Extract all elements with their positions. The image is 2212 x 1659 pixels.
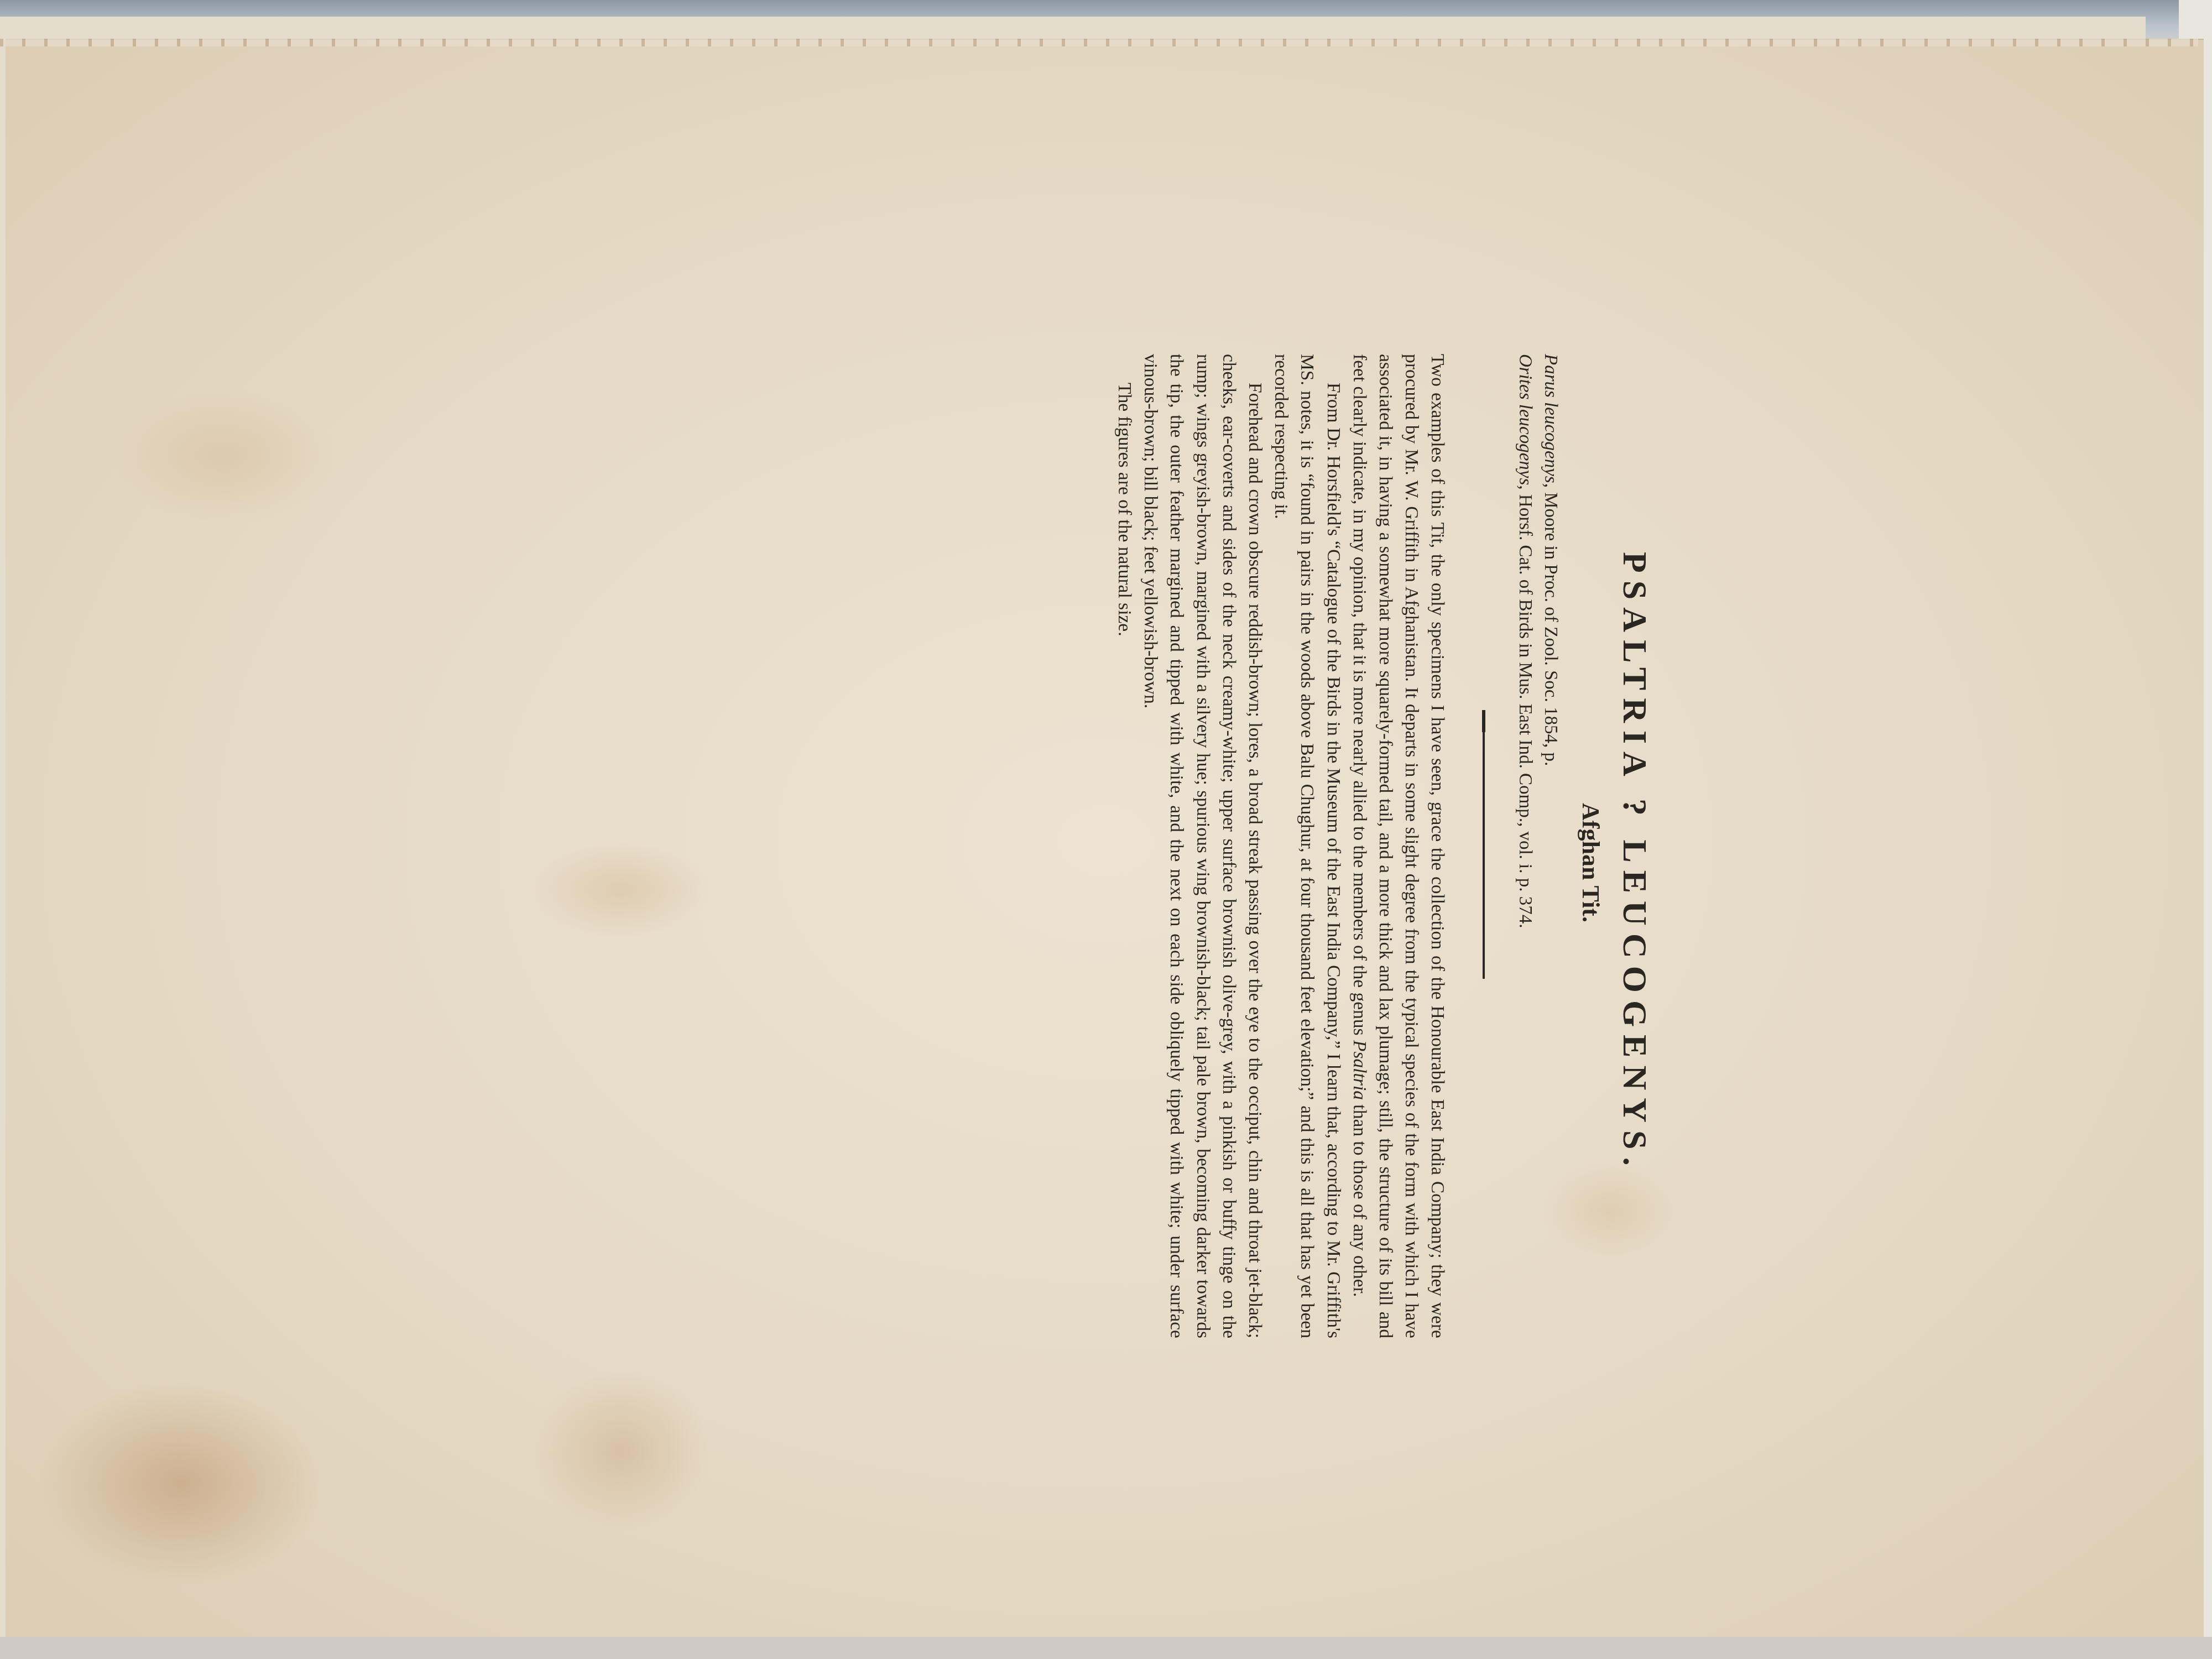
text-block: PSALTRIA ? LEUCOGENYS. Afghan Tit. Parus… [1112, 354, 1653, 1338]
rule-tick [1482, 710, 1485, 732]
common-name: Afghan Tit. [1577, 387, 1603, 1338]
horizontal-rule [1483, 713, 1485, 979]
synonym-line: Parus leucogenys, Moore in Proc. of Zool… [1538, 354, 1563, 1338]
paragraph-description: Forehead and crown obscure reddish-brown… [1138, 354, 1268, 1338]
page-title: PSALTRIA ? LEUCOGENYS. [1616, 387, 1653, 1338]
paragraph-text: than to those of any other. [1349, 1100, 1370, 1297]
paragraph-source: From Dr. Horsfield's “Catalogue of the B… [1268, 354, 1347, 1338]
synonym-line: Orites leucogenys, Horsf. Cat. of Birds … [1512, 354, 1538, 1338]
paragraph-figures-note: The figures are of the natural size. [1112, 354, 1138, 1338]
synonym-reference: , Horsf. Cat. of Birds in Mus. East Ind.… [1515, 485, 1535, 928]
synonym-reference: , Moore in Proc. of Zool. Soc. 1854, p. [1541, 483, 1561, 766]
paragraph-intro: Two examples of this Tit, the only speci… [1347, 354, 1451, 1338]
genus-name: Psaltria [1349, 1040, 1370, 1100]
synonym-name: Parus leucogenys [1541, 354, 1561, 483]
synonym-name: Orites leucogenys [1515, 354, 1535, 485]
rotated-page: PSALTRIA ? LEUCOGENYS. Afghan Tit. Parus… [0, 0, 2212, 1659]
